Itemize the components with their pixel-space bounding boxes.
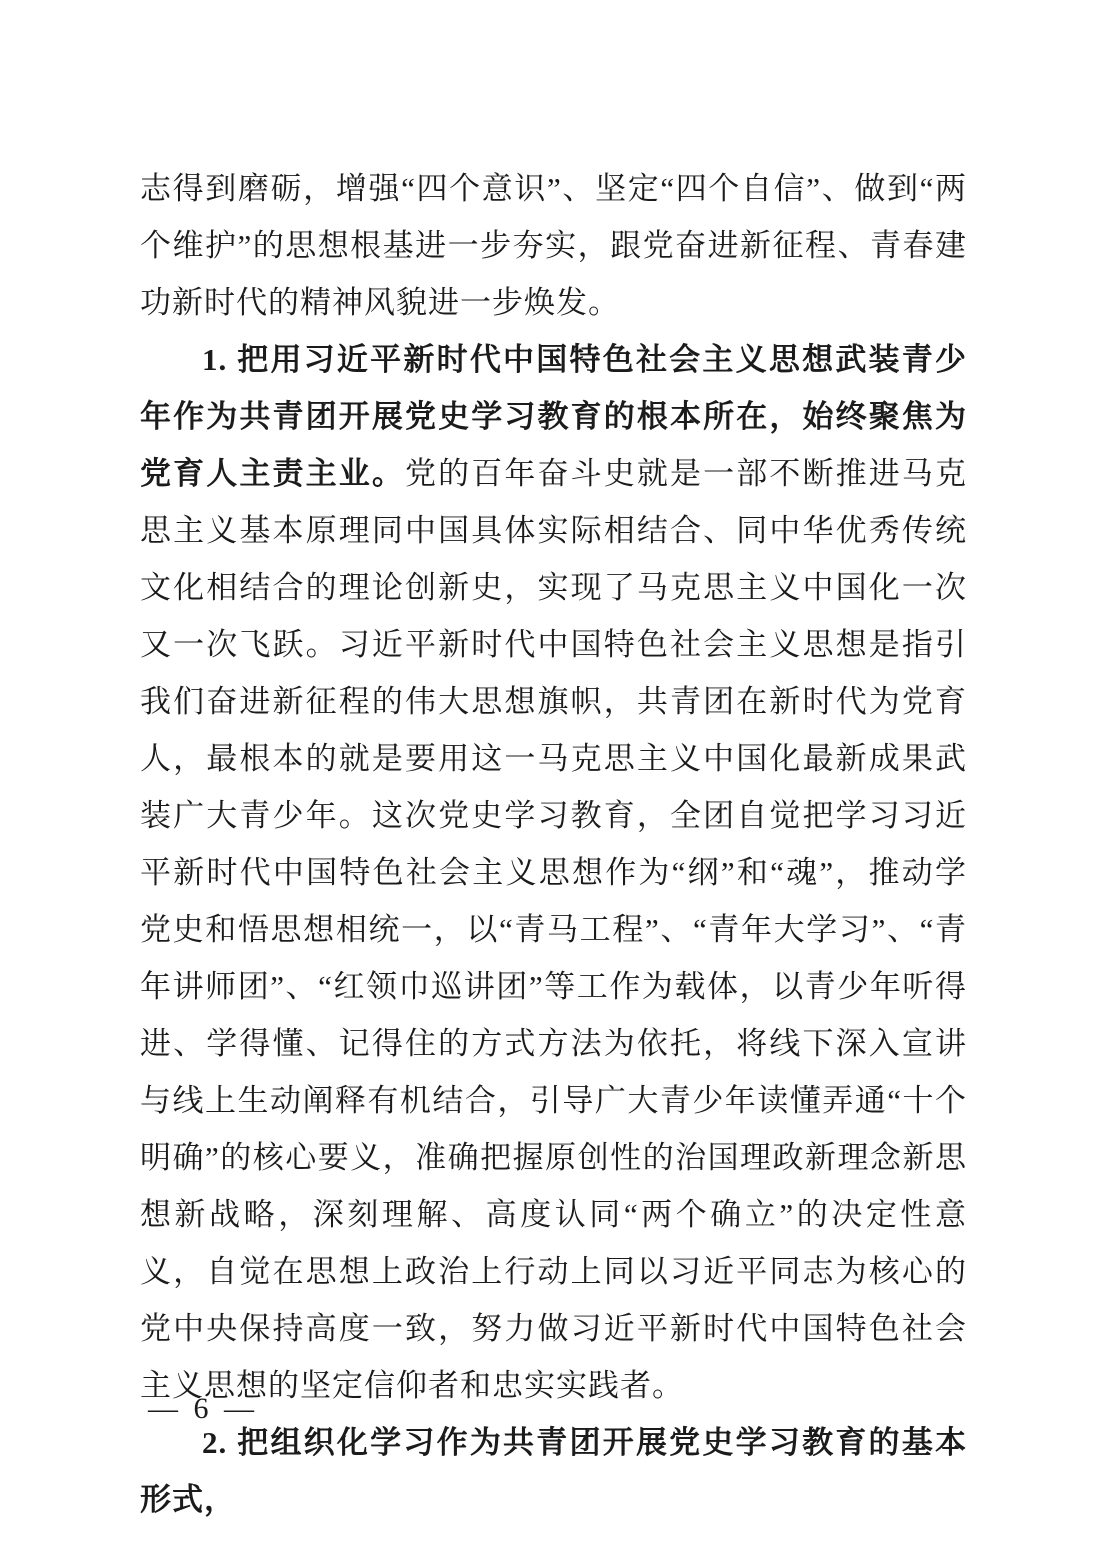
document-body: 志得到磨砺，增强“四个意识”、坚定“四个自信”、做到“两个维护”的思想根基进一步… <box>140 160 967 1528</box>
paragraph-item-1: 1. 把用习近平新时代中国特色社会主义思想武装青少年作为共青团开展党史学习教育的… <box>140 331 967 1414</box>
document-page: { "doc": { "page_number": "— 6 —", "para… <box>0 0 1102 1559</box>
paragraph-body-text: 党的百年奋斗史就是一部不断推进马克思主义基本原理同中国具体实际相结合、同中华优秀… <box>140 456 967 1403</box>
paragraph-continuation: 志得到磨砺，增强“四个意识”、坚定“四个自信”、做到“两个维护”的思想根基进一步… <box>140 160 967 331</box>
paragraph-lead-text: 2. 把组织化学习作为共青团开展党史学习教育的基本形式， <box>140 1425 967 1517</box>
page-number: — 6 — <box>148 1392 258 1426</box>
paragraph-item-2: 2. 把组织化学习作为共青团开展党史学习教育的基本形式， <box>140 1414 967 1528</box>
paragraph-body-text: 志得到磨砺，增强“四个意识”、坚定“四个自信”、做到“两个维护”的思想根基进一步… <box>140 171 967 320</box>
